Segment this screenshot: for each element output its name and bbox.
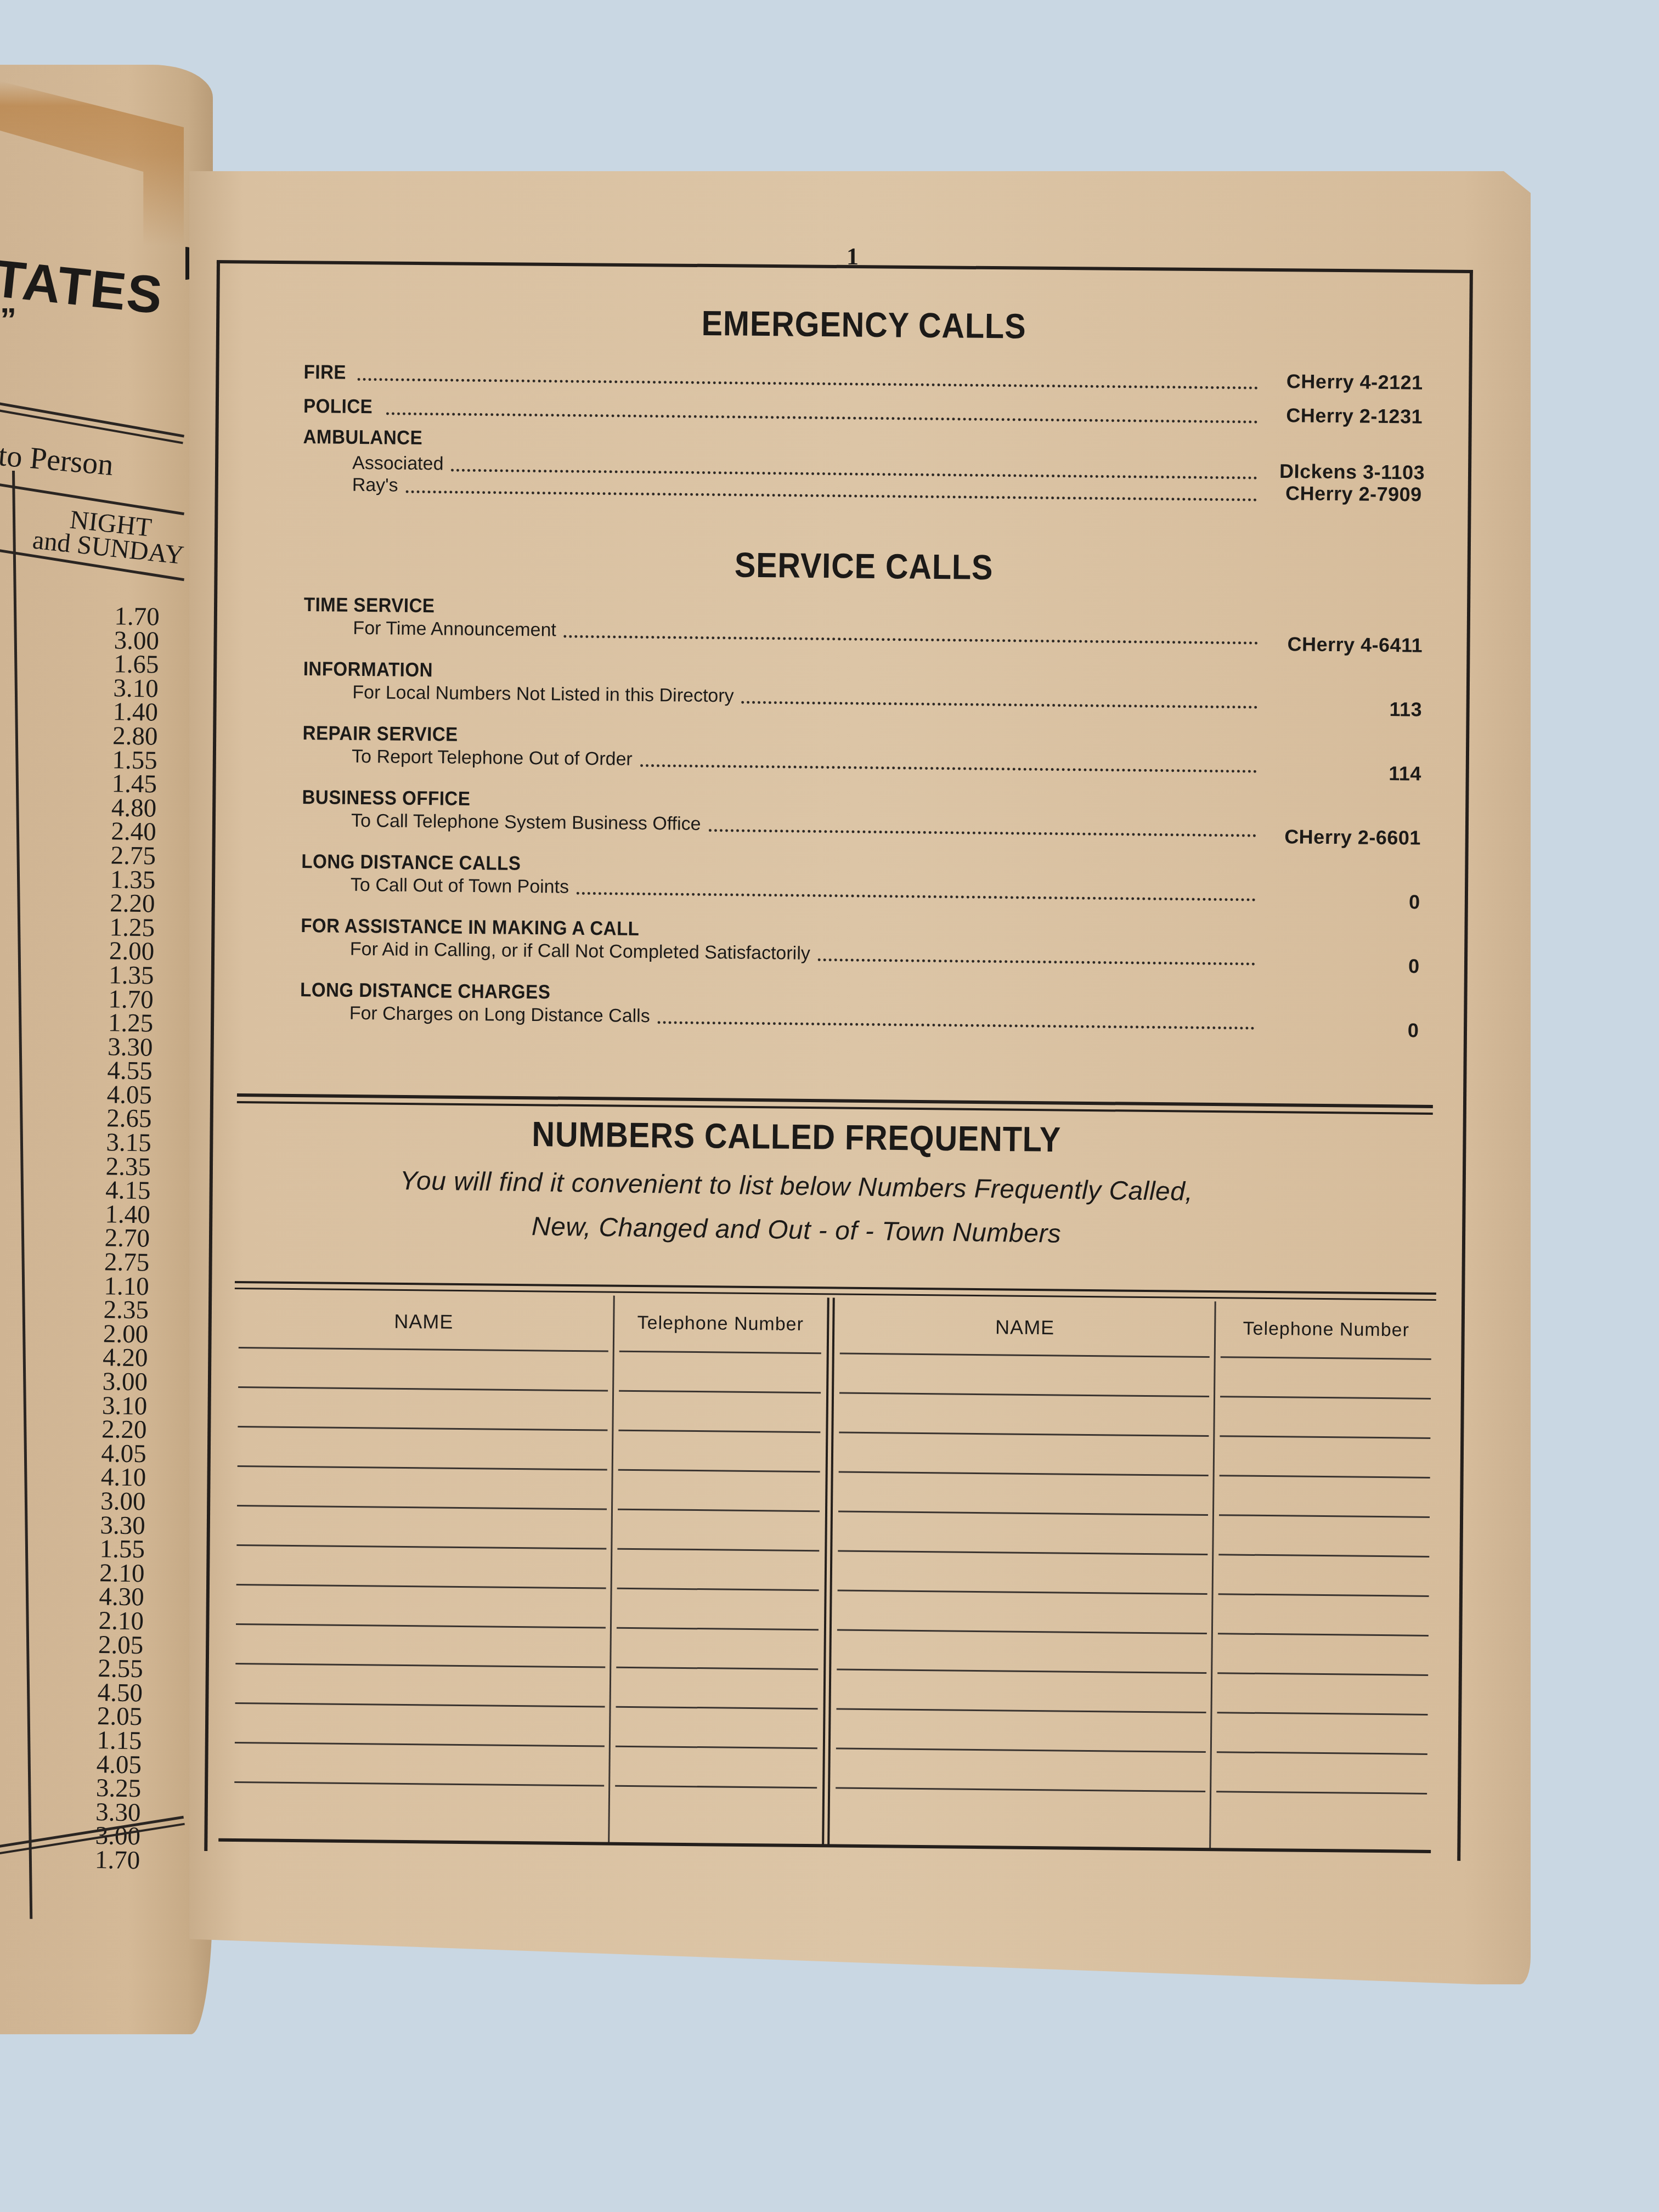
column-name-1: NAME [229,1292,613,1839]
blank-entry-row[interactable] [618,1390,821,1432]
phone-number: CHerry 4-6411 [1280,633,1423,657]
service-entry: BUSINESS OFFICETo Call Telephone System … [302,786,1421,842]
previous-page: TATES ” to Person NIGHT and SUNDAY 1.703… [0,65,213,2034]
blank-entry-row[interactable] [1217,1633,1429,1674]
blank-entry-row[interactable] [837,1629,1207,1672]
rate-value: 3.00 [74,1489,173,1514]
blank-entry-row[interactable] [616,1667,819,1708]
blank-entry-row[interactable] [238,1426,608,1469]
frequent-numbers-table: NAME Telephone Number NAME Telephone Num… [229,1281,1436,1860]
left-page-title-fragment: TATES [0,249,166,326]
blank-entry-row[interactable] [618,1430,821,1471]
entry-label: FIRE [304,360,354,384]
blank-rows[interactable] [615,1351,821,1826]
blank-entry-row[interactable] [1216,1791,1427,1832]
phone-number: 114 [1279,761,1421,785]
entry-label: POLICE [303,394,380,418]
rate-value: 1.70 [68,1848,167,1873]
column-header: Telephone Number [1216,1318,1436,1341]
blank-entry-row[interactable] [238,1347,608,1390]
rate-value: 1.15 [70,1728,169,1753]
phone-number: 113 [1279,697,1422,721]
service-entry: INFORMATIONFor Local Numbers Not Listed … [303,657,1423,714]
blank-entry-row[interactable] [1216,1751,1427,1793]
blank-entry-row[interactable] [236,1544,607,1587]
entry-description: For Charges on Long Distance Calls [349,1003,658,1027]
phone-number: 0 [1276,1018,1419,1042]
numbers-called-frequently-title: NUMBERS CALLED FREQUENTLY [0,1116,1659,1157]
phone-number: CHerry 2-7909 [1279,482,1421,506]
blank-entry-row[interactable] [617,1509,820,1550]
blank-entry-row[interactable] [616,1706,818,1748]
blank-rows[interactable] [1216,1356,1431,1832]
water-stain [0,81,184,246]
freq-subtitle-line2: New, Changed and Out - of - Town Numbers [0,1215,1659,1245]
column-phone-1: Telephone Number [610,1296,826,1841]
rate-value: 2.10 [72,1609,171,1634]
phone-number: CHerry 2-1231 [1280,404,1423,428]
rate-value: 2.75 [83,843,183,868]
phone-number: 0 [1278,889,1420,913]
blank-entry-row[interactable] [616,1627,819,1669]
entry-label: Ray's [352,475,406,496]
entry-description: To Call Telephone System Business Office [351,810,709,835]
blank-entry-row[interactable] [619,1351,821,1392]
blank-entry-row[interactable] [235,1663,606,1706]
blank-entry-row[interactable] [836,1748,1206,1791]
entry-description: For Aid in Calling, or if Call Not Compl… [350,939,818,964]
entry-description: For Local Numbers Not Listed in this Dir… [352,682,742,707]
blank-entry-row[interactable] [1220,1435,1431,1477]
leader-dots [640,764,1257,773]
service-entry: LONG DISTANCE CALLSTo Call Out of Town P… [301,850,1421,906]
emergency-section: EMERGENCY CALLS FIRE CHerry 4-2121 POLIC… [303,299,1424,506]
column-name-2: NAME [831,1298,1214,1845]
blank-entry-row[interactable] [1219,1475,1430,1516]
column-header: NAME [836,1314,1214,1341]
blank-entry-row[interactable] [238,1386,608,1429]
entry-description: To Call Out of Town Points [351,874,577,898]
blank-entry-row[interactable] [236,1584,606,1627]
service-section: SERVICE CALLS TIME SERVICEFor Time Annou… [300,540,1424,1035]
service-entry: REPAIR SERVICETo Report Telephone Out of… [302,721,1422,778]
blank-entry-row[interactable] [237,1465,607,1508]
blank-entry-row[interactable] [837,1669,1207,1712]
phone-number: DIckens 3-1103 [1279,460,1422,484]
entry-label: Associated [352,453,452,475]
leader-dots [742,701,1258,709]
left-page-quote-mark: ” [0,301,16,338]
leader-dots [818,958,1255,966]
blank-entry-row[interactable] [234,1742,605,1785]
phone-number: CHerry 2-6601 [1278,825,1421,849]
emergency-entry-ambulance: AMBULANCE Associated DIckens 3-1103 Ray'… [303,425,1423,506]
service-entry: FOR ASSISTANCE IN MAKING A CALLFor Aid i… [301,914,1420,970]
rate-value: 2.80 [86,724,185,749]
blank-entry-row[interactable] [837,1590,1207,1633]
rate-value: 1.35 [82,963,181,988]
service-entry: TIME SERVICEFor Time AnnouncementCHerry … [303,593,1423,650]
blank-entry-row[interactable] [235,1702,605,1745]
blank-entry-row[interactable] [836,1708,1206,1751]
blank-entry-row[interactable] [839,1432,1209,1475]
blank-entry-row[interactable] [836,1787,1206,1830]
column-phone-2: Telephone Number [1211,1301,1436,1847]
left-double-rule [0,400,184,444]
blank-entry-row[interactable] [615,1746,817,1787]
blank-entry-row[interactable] [1218,1514,1430,1556]
blank-entry-row[interactable] [1218,1554,1430,1595]
blank-entry-row[interactable] [1220,1356,1431,1398]
blank-entry-row[interactable] [1218,1593,1429,1635]
blank-entry-row[interactable] [618,1469,820,1511]
blank-entry-row[interactable] [839,1353,1210,1396]
blank-entry-row[interactable] [615,1785,817,1827]
blank-entry-row[interactable] [1217,1672,1429,1714]
blank-entry-row[interactable] [235,1623,606,1666]
column-group-label: to Person [0,438,115,483]
leader-dots [577,892,1256,901]
freq-title-text: NUMBERS CALLED FREQUENTLY [532,1114,1061,1160]
blank-rows[interactable] [836,1353,1210,1830]
leader-dots [564,635,1259,645]
blank-entry-row[interactable] [839,1392,1209,1435]
service-list: TIME SERVICEFor Time AnnouncementCHerry … [300,593,1423,1035]
phone-number: CHerry 4-2121 [1280,370,1423,394]
blank-entry-row[interactable] [838,1511,1208,1554]
blank-entry-row[interactable] [236,1505,607,1548]
freq-subtitle-text-1: You will find it convenient to list belo… [400,1166,1193,1207]
blank-entry-row[interactable] [234,1781,605,1824]
freq-subtitle-text-2: New, Changed and Out - of - Town Numbers [532,1211,1062,1249]
entry-description: For Time Announcement [353,618,564,641]
blank-entry-row[interactable] [838,1471,1209,1514]
freq-subtitle-line1: You will find it convenient to list belo… [0,1171,1659,1201]
phone-number: 0 [1277,953,1419,978]
blank-entry-row[interactable] [1217,1712,1428,1753]
blank-entry-row[interactable] [617,1588,819,1629]
blank-entry-row[interactable] [838,1550,1208,1593]
entry-description: To Report Telephone Out of Order [352,746,640,770]
column-header: NAME [234,1308,613,1335]
blank-rows[interactable] [234,1347,608,1824]
blank-entry-row[interactable] [617,1548,820,1590]
leader-dots [708,829,1256,837]
blank-entry-row[interactable] [1220,1396,1431,1437]
column-header: Telephone Number [615,1312,826,1336]
